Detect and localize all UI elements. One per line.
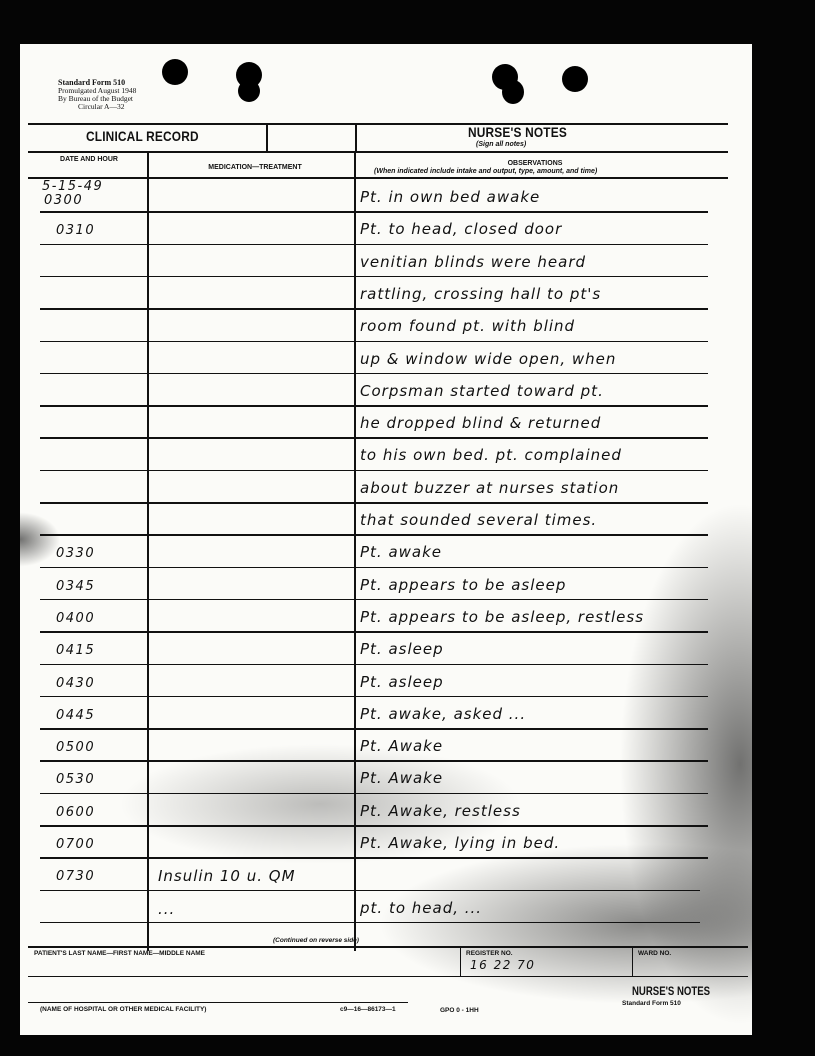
table-row: 0310Pt. to head, closed door [20, 213, 730, 245]
table-row: venitian blinds were heard [20, 246, 730, 278]
row-observation: venitian blinds were heard [360, 253, 586, 271]
row-observation: up & window wide open, when [360, 350, 616, 368]
form-name-footer: NURSE'S NOTES [632, 984, 710, 998]
row-time: 0600 [56, 805, 95, 820]
register-label: REGISTER NO. [466, 950, 513, 957]
header-top-rule [28, 123, 728, 125]
header-bottom-rule [28, 151, 728, 153]
row-observation: Pt. appears to be asleep, restless [360, 608, 644, 626]
table-row: to his own bed. pt. complained [20, 439, 730, 471]
row-time: 0430 [56, 676, 95, 691]
row-observation: Pt. to head, closed door [360, 220, 562, 238]
punch-hole-left-1 [162, 59, 188, 85]
clinical-record-title: CLINICAL RECORD [86, 128, 199, 144]
column-header-observations: OBSERVATIONS [365, 160, 705, 168]
row-observation: Pt. appears to be asleep [360, 576, 566, 594]
column-header-medication: MEDICATION—TREATMENT [160, 164, 350, 172]
table-row: 0400Pt. appears to be asleep, restless [20, 601, 730, 633]
register-divider [460, 946, 461, 976]
table-row: Corpsman started toward pt. [20, 375, 730, 407]
row-observation: to his own bed. pt. complained [360, 446, 622, 464]
row-observation: pt. to head, ... [360, 899, 482, 917]
form-identifier: Standard Form 510 Promulgated August 194… [58, 79, 136, 111]
column-header-rule [28, 177, 728, 179]
patient-name-label: PATIENT'S LAST NAME—FIRST NAME—MIDDLE NA… [34, 950, 205, 957]
row-time: 0730 [56, 869, 95, 884]
table-row: 0600Pt. Awake, restless [20, 795, 730, 827]
table-row: 0530Pt. Awake [20, 762, 730, 794]
row-observation: Pt. asleep [360, 673, 444, 691]
register-value: 16 22 70 [470, 958, 535, 972]
header-divider-2 [355, 123, 357, 151]
row-observation: that sounded several times. [360, 511, 597, 529]
table-row: 0700Pt. Awake, lying in bed. [20, 827, 730, 859]
row-observation: Corpsman started toward pt. [360, 382, 604, 400]
form-std-footer: Standard Form 510 [622, 1000, 681, 1007]
row-observation: Pt. asleep [360, 640, 444, 658]
row-time: 0310 [56, 223, 95, 238]
row-time: 0445 [56, 708, 95, 723]
table-row: 0330Pt. awake [20, 536, 730, 568]
ward-divider [632, 946, 633, 976]
table-row: 0500Pt. Awake [20, 730, 730, 762]
row-time: 0700 [56, 837, 95, 852]
punch-hole-right-3 [562, 66, 588, 92]
print-code: c9—16—86173—1 [340, 1006, 396, 1013]
table-row: 5-15-490300Pt. in own bed awake [20, 181, 730, 213]
footer-mid-rule [28, 976, 748, 977]
row-observation: Pt. awake [360, 543, 442, 561]
table-row: that sounded several times. [20, 504, 730, 536]
form-circular: Circular A—32 [58, 103, 136, 111]
table-row: room found pt. with blind [20, 310, 730, 342]
row-time: 0500 [56, 740, 95, 755]
table-row: 0445Pt. awake, asked ... [20, 698, 730, 730]
table-row: 0430Pt. asleep [20, 666, 730, 698]
table-row: up & window wide open, when [20, 343, 730, 375]
nurses-notes-title: NURSE'S NOTES [468, 124, 567, 140]
row-observation: room found pt. with blind [360, 317, 575, 335]
row-observation: Pt. Awake, lying in bed. [360, 834, 560, 852]
row-observation: he dropped blind & returned [360, 414, 601, 432]
row-observation: Pt. Awake [360, 737, 443, 755]
footer-top-rule [28, 946, 748, 948]
gpo-code: GPO 0 - 1HH [440, 1007, 479, 1014]
row-medication: Insulin 10 u. QM [158, 867, 296, 885]
row-time: 0300 [44, 193, 83, 208]
row-time: 0330 [56, 546, 95, 561]
hospital-name-label: (NAME OF HOSPITAL OR OTHER MEDICAL FACIL… [40, 1006, 206, 1013]
footer-bottom-rule [28, 1002, 408, 1003]
row-date: 5-15-49 [42, 179, 103, 194]
row-observation: Pt. in own bed awake [360, 188, 540, 206]
row-observation: Pt. Awake, restless [360, 802, 521, 820]
table-row: rattling, crossing hall to pt's [20, 278, 730, 310]
row-time: 0530 [56, 772, 95, 787]
table-row: 0345Pt. appears to be asleep [20, 569, 730, 601]
row-observation: rattling, crossing hall to pt's [360, 285, 601, 303]
row-time: 0345 [56, 579, 95, 594]
table-row: 0730Insulin 10 u. QM [20, 859, 730, 891]
row-medication: ... [158, 900, 175, 918]
punch-hole-left-3 [238, 80, 260, 102]
table-row: he dropped blind & returned [20, 407, 730, 439]
row-observation: Pt. awake, asked ... [360, 705, 526, 723]
table-row: ...pt. to head, ... [20, 892, 730, 924]
punch-hole-right-2 [502, 80, 524, 104]
sign-all-notes: (Sign all notes) [476, 141, 526, 148]
observations-instructions: (When indicated include intake and outpu… [374, 168, 597, 175]
header-divider-1 [266, 123, 268, 151]
continued-note: (Continued on reverse side) [273, 937, 359, 944]
ward-label: WARD NO. [638, 950, 671, 957]
table-row: about buzzer at nurses station [20, 472, 730, 504]
row-observation: Pt. Awake [360, 769, 443, 787]
column-header-date: DATE AND HOUR [44, 156, 134, 164]
table-row: 0415Pt. asleep [20, 633, 730, 665]
row-time: 0400 [56, 611, 95, 626]
row-observation: about buzzer at nurses station [360, 479, 619, 497]
row-time: 0415 [56, 643, 95, 658]
nurses-notes-form: Standard Form 510 Promulgated August 194… [20, 44, 752, 1035]
